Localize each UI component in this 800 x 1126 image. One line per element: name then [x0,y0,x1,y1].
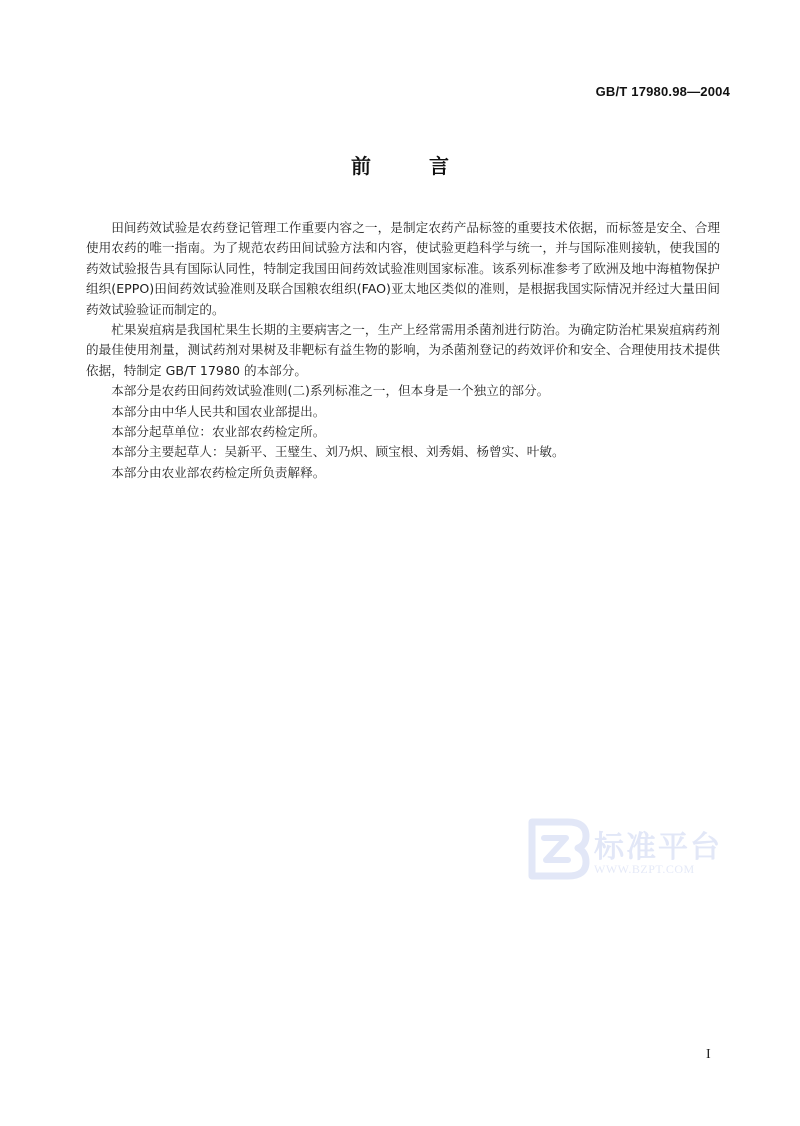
standard-code: GB/T 17980.98—2004 [596,84,730,99]
paragraph-interpretation: 本部分由农业部农药检定所负责解释。 [86,463,720,483]
paragraph-drafting-unit: 本部分起草单位：农业部农药检定所。 [86,422,720,442]
bzpt-logo-icon [528,818,590,880]
paragraph-mango-anthracnose: 杧果炭疽病是我国杧果生长期的主要病害之一，生产上经常需用杀菌剂进行防治。为确定防… [86,320,720,381]
paragraph-proposer: 本部分由中华人民共和国农业部提出。 [86,402,720,422]
watermark-title: 标准平台 [594,822,722,866]
paragraph-drafters: 本部分主要起草人：吴新平、王璧生、刘乃炽、顾宝根、刘秀娟、杨曾实、叶敏。 [86,442,720,462]
page-number: I [706,1047,711,1063]
page-title: 前言 [0,150,800,179]
foreword-body: 田间药效试验是农药登记管理工作重要内容之一，是制定农药产品标签的重要技术依据，而… [86,218,720,483]
title-char-1: 前 [351,150,371,179]
paragraph-series: 本部分是农药田间药效试验准则(二)系列标准之一，但本身是一个独立的部分。 [86,381,720,401]
title-char-2: 言 [429,150,449,179]
watermark: 标准平台 WWW.BZPT.COM [528,818,728,888]
paragraph-purpose: 田间药效试验是农药登记管理工作重要内容之一，是制定农药产品标签的重要技术依据，而… [86,218,720,320]
watermark-url: WWW.BZPT.COM [594,862,695,877]
